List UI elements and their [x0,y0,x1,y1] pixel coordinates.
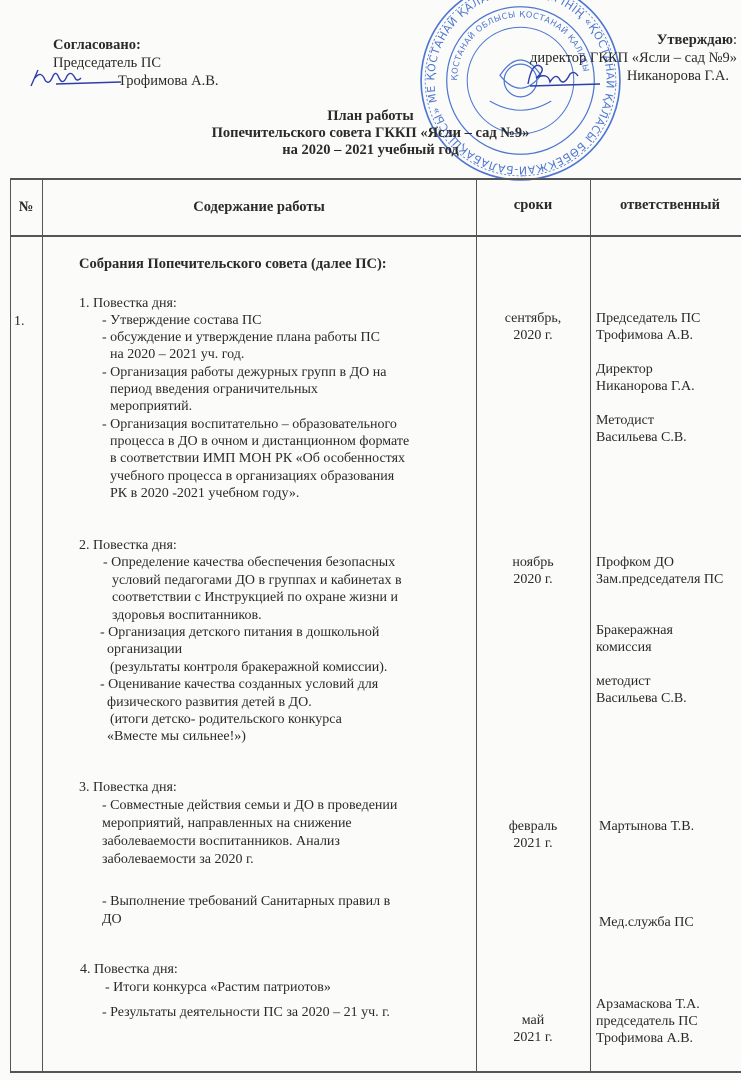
col-divider-3 [590,178,591,1072]
table-left-border [10,178,11,1072]
section-heading: Собрания Попечительского совета (далее П… [79,256,387,273]
signature-left-icon [26,64,126,94]
row-number: 1. [14,313,25,330]
approve-heading: Утверждаю [657,32,733,48]
title-line-3: на 2020 – 2021 учебный год [0,142,741,159]
meeting-1-responsible: Председатель ПС Трофимова А.В. Директор … [596,310,700,446]
table-top-border [10,178,741,180]
signature-right-icon [520,58,610,90]
document-title: План работы Попечительского совета ГККП … [0,108,741,159]
title-line-2: Попечительского совета ГККП «Ясли – сад … [0,125,741,142]
title-line-1: План работы [0,108,741,125]
header-number: № [10,199,42,216]
header-responsible: ответственный [590,197,741,214]
col-divider-1 [42,178,43,1072]
table-bottom-border [10,1071,741,1073]
meeting-2-term: ноябрь2020 г. [476,554,590,588]
table-header-border [10,235,741,237]
meeting-3-term: февраль2021 г. [476,818,590,852]
meeting-1-term: сентябрь,2020 г. [476,310,590,344]
meeting-3-responsible-1: Мартынова Т.В. [599,818,694,835]
meeting-3-responsible-2: Мед.служба ПС [599,914,694,931]
meeting-4-term: май2021 г. [476,1012,590,1046]
header-term: сроки [476,197,590,214]
header-content: Содержание работы [42,199,476,216]
meeting-2-responsible: Профком ДО Зам.председателя ПС Бракеражн… [596,554,723,707]
meeting-4-responsible: Арзамаскова Т.А. председатель ПС Трофимо… [596,996,700,1047]
agreed-heading: Согласовано: [53,36,219,54]
